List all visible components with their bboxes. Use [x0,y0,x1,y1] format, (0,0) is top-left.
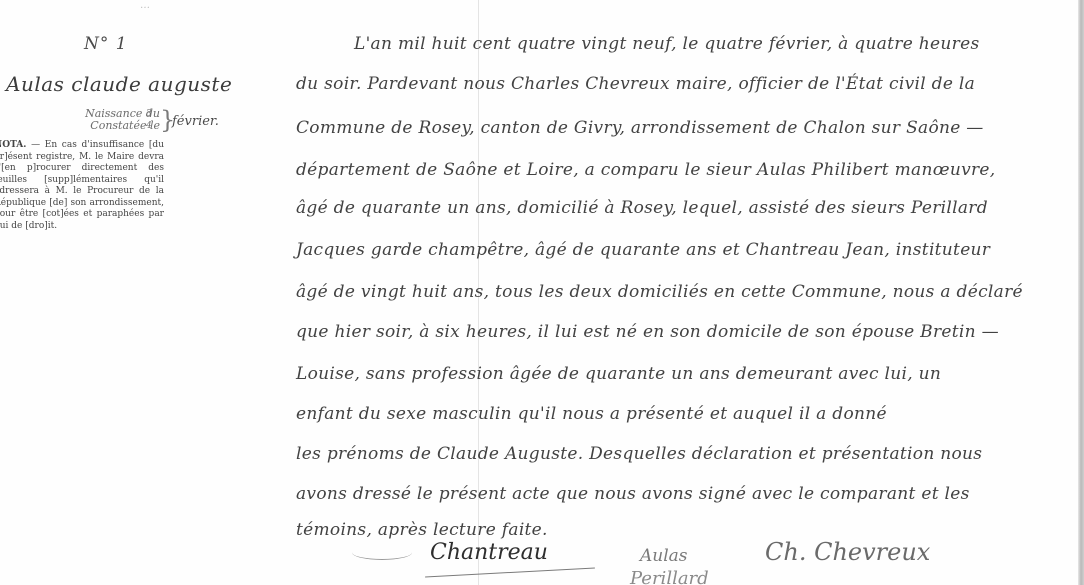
birth-label: Naissance du Constatée le [40,108,160,132]
record-line-11: les prénoms de Claude Auguste. Desquelle… [296,444,982,464]
record-line-4: département de Saône et Loire, a comparu… [296,160,995,180]
birth-month: février. [172,114,219,129]
record-line-6: Jacques garde champêtre, âgé de quarante… [296,240,990,260]
entry-name: Aulas claude auguste [6,72,232,96]
nota-notice: NOTA. — En cas d'insuffisance [du pr]ése… [0,140,164,232]
signature-witness: Perillard [630,568,709,585]
birth-days: 3 4 [146,108,152,132]
birth-day: 3 [146,108,152,120]
record-line-8: que hier soir, à six heures, il lui est … [296,322,999,342]
record-line-12: avons dressé le présent acte que nous av… [296,484,970,504]
signature-mayor: Ch. Chevreux [765,538,930,566]
record-line-13: témoins, après lecture faite. [296,520,548,540]
birth-label-line2: Constatée le [40,120,160,132]
record-line-2: du soir. Pardevant nous Charles Chevreux… [296,74,975,94]
signature-underline [425,568,595,578]
binding-edge [1078,0,1084,585]
record-line-7: âgé de vingt huit ans, tous les deux dom… [296,282,1023,302]
signature-father: Aulas [640,546,688,566]
record-line-9: Louise, sans profession âgée de quarante… [296,364,941,384]
signature-flourish [352,545,412,560]
record-day: 4 [146,120,152,132]
nota-text: — En cas d'insuffisance [du pr]ésent reg… [0,140,164,231]
signature-teacher: Chantreau [430,540,548,565]
record-line-1: L'an mil huit cent quatre vingt neuf, le… [354,34,979,54]
record-line-5: âgé de quarante un ans, domicilié à Rose… [296,198,988,218]
record-line-3: Commune de Rosey, canton de Givry, arron… [296,118,984,138]
record-line-10: enfant du sexe masculin qu'il nous a pré… [296,404,887,424]
entry-number: N° 1 [84,34,128,54]
nota-label: NOTA. [0,140,26,150]
register-page: … N° 1 Aulas claude auguste Naissance du… [0,0,1084,585]
margin-column: N° 1 Aulas claude auguste Naissance du C… [0,0,250,585]
